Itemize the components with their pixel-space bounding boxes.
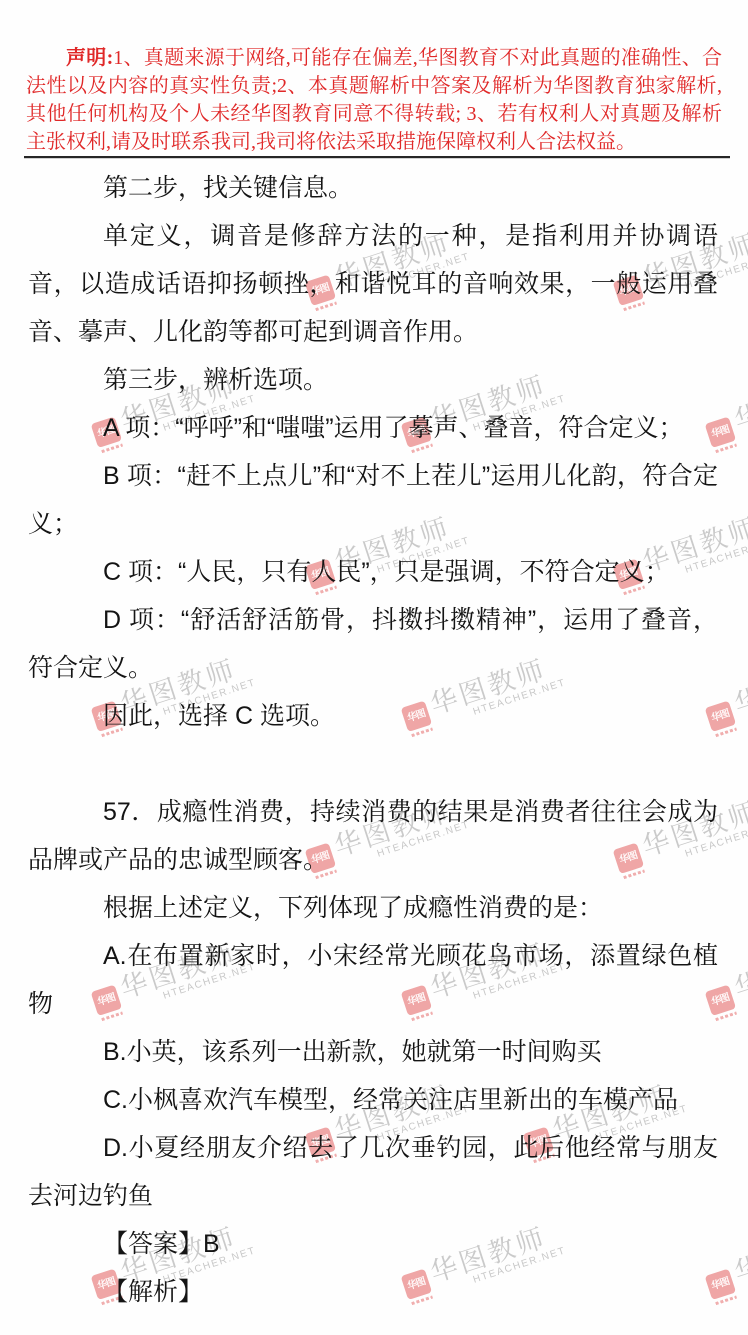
- paragraph-q57-option-c: C.小枫喜欢汽车模型，经常关注店里新出的车模产品: [28, 1076, 718, 1124]
- paragraph-definition: 单定义，调音是修辞方法的一种，是指利用并协调语音，以造成话语抑扬顿挫，和谐悦耳的…: [28, 212, 718, 356]
- document-body: 第二步，找关键信息。 单定义，调音是修辞方法的一种，是指利用并协调语音，以造成话…: [0, 158, 748, 1316]
- paragraph-q57-option-d: D.小夏经朋友介绍去了几次垂钓园，此后他经常与朋友去河边钓鱼: [28, 1124, 718, 1220]
- paragraph-q57-option-a: A.在布置新家时，小宋经常光顾花鸟市场，添置绿色植物: [28, 932, 718, 1028]
- paragraph-step-3: 第三步，辨析选项。: [28, 356, 718, 404]
- paragraph-analysis-header: 【解析】: [28, 1268, 718, 1316]
- paragraph-q57-option-b: B.小英，该系列一出新款，她就第一时间购买: [28, 1028, 718, 1076]
- disclaimer-notice: 声明:1、真题来源于网络,可能存在偏差,华图教育不对此真题的准确性、合法性以及内…: [0, 0, 748, 156]
- paragraph-step-2: 第二步，找关键信息。: [28, 164, 718, 212]
- document-content: 声明:1、真题来源于网络,可能存在偏差,华图教育不对此真题的准确性、合法性以及内…: [0, 0, 748, 1316]
- paragraph-answer: 【答案】B: [28, 1220, 718, 1268]
- paragraph-question-57-prompt: 根据上述定义，下列体现了成瘾性消费的是：: [28, 884, 718, 932]
- paragraph-option-c-analysis: C 项：“人民，只有人民”，只是强调，不符合定义；: [28, 548, 718, 596]
- paragraph-conclusion: 因此，选择 C 选项。: [28, 692, 718, 740]
- paragraph-option-d-analysis: D 项：“舒活舒活筋骨，抖擞抖擞精神”，运用了叠音，符合定义。: [28, 596, 718, 692]
- page-container: 华图 华图教师 HTEACHER.NET 华图 华图教师 HTEACHER.NE…: [0, 0, 748, 1335]
- paragraph-option-a-analysis: A 项：“呼呼”和“嗤嗤”运用了摹声、叠音，符合定义；: [28, 404, 718, 452]
- paragraph-question-57: 57．成瘾性消费，持续消费的结果是消费者往往会成为品牌或产品的忠诚型顾客。: [28, 788, 718, 884]
- disclaimer-text: 1、真题来源于网络,可能存在偏差,华图教育不对此真题的准确性、合法性以及内容的真…: [26, 47, 722, 153]
- disclaimer-label: 声明:: [66, 47, 113, 69]
- paragraph-option-b-analysis: B 项：“赶不上点儿”和“对不上茬儿”运用儿化韵，符合定义；: [28, 452, 718, 548]
